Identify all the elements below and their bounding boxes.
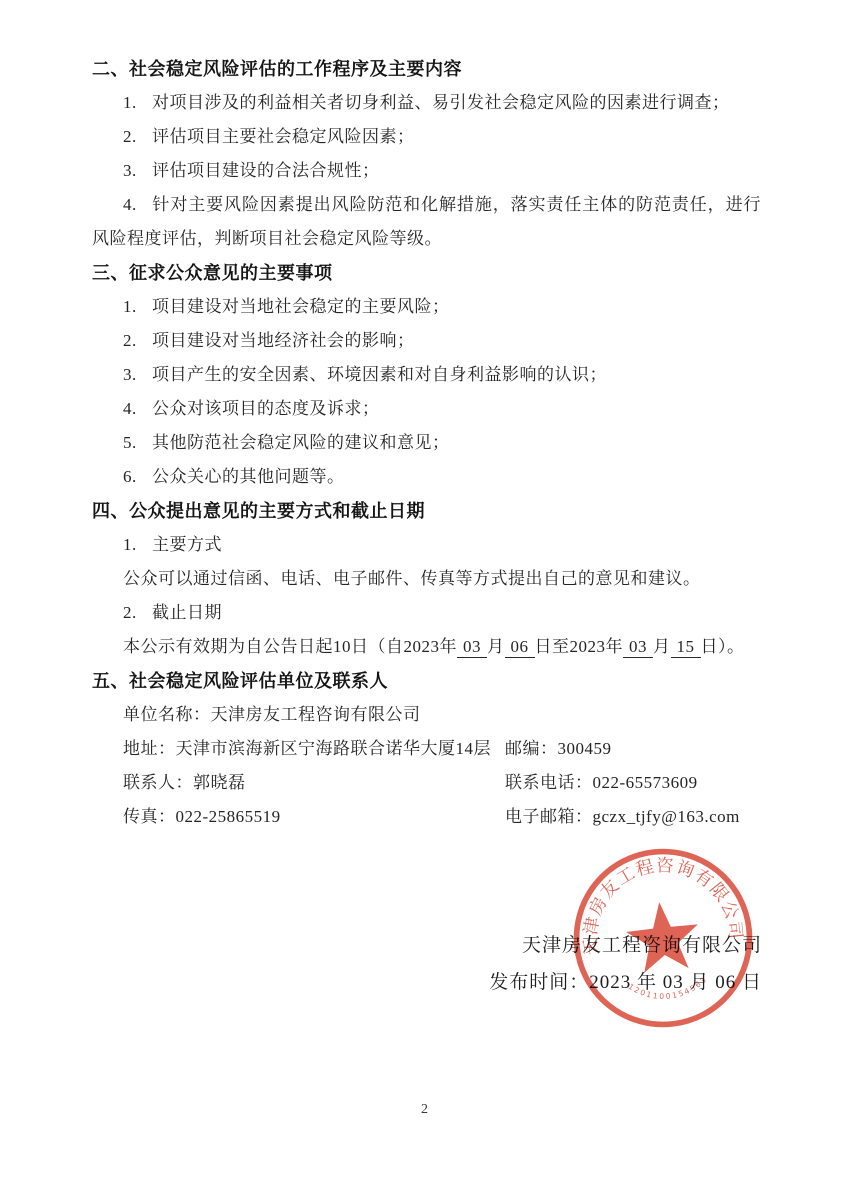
section-2-item-4: 4.针对主要风险因素提出风险防范和化解措施，落实责任主体的防范责任，进行风险程度… — [92, 188, 761, 256]
section-3-item-4: 4.公众对该项目的态度及诉求； — [92, 392, 761, 426]
item-text: 对项目涉及的利益相关者切身利益、易引发社会稳定风险的因素进行调查； — [152, 93, 730, 112]
document-page: 二、社会稳定风险评估的工作程序及主要内容 1.对项目涉及的利益相关者切身利益、易… — [0, 0, 849, 1200]
deadline-text: 日至2023年 — [535, 637, 624, 656]
contact-value: 022-65573609 — [593, 773, 698, 792]
section-2-item-1: 1.对项目涉及的利益相关者切身利益、易引发社会稳定风险的因素进行调查； — [92, 86, 761, 120]
deadline-line: 本公示有效期为自公告日起10日（自2023年03月06日至2023年03月15日… — [92, 630, 761, 664]
deadline-text: 月 — [487, 637, 505, 656]
item-text: 针对主要风险因素提出风险防范和化解措施，落实责任主体的防范责任，进行风险程度评估… — [92, 195, 761, 248]
deadline-month-1: 03 — [457, 637, 487, 658]
contact-row-fax-email: 传真：022-25865519 电子邮箱：gczx_tjfy@163.com — [92, 800, 761, 834]
item-text: 其他防范社会稳定风险的建议和意见； — [152, 433, 450, 452]
contact-left: 传真：022-25865519 — [92, 800, 505, 834]
item-number: 3. — [123, 154, 152, 188]
section-3-title: 三、征求公众意见的主要事项 — [92, 256, 761, 290]
contact-label: 邮编： — [505, 739, 558, 758]
item-text: 主要方式 — [152, 535, 222, 554]
page-number: 2 — [0, 1102, 849, 1118]
contact-left: 联系人：郭晓磊 — [92, 766, 505, 800]
item-number: 5. — [123, 426, 152, 460]
item-number: 1. — [123, 86, 152, 120]
deadline-day-1: 06 — [505, 637, 535, 658]
contact-label: 单位名称： — [123, 705, 211, 724]
item-text: 评估项目主要社会稳定风险因素； — [152, 127, 415, 146]
item-text: 项目建设对当地经济社会的影响； — [152, 331, 415, 350]
contact-value: 郭晓磊 — [193, 773, 246, 792]
deadline-text: 月 — [653, 637, 671, 656]
item-number: 2. — [123, 596, 152, 630]
deadline-month-2: 03 — [623, 637, 653, 658]
contact-label: 联系人： — [123, 773, 193, 792]
section-2-item-3: 3.评估项目建设的合法合规性； — [92, 154, 761, 188]
contact-right: 电子邮箱：gczx_tjfy@163.com — [505, 800, 761, 834]
contact-label: 电子邮箱： — [505, 807, 593, 826]
section-3-item-6: 6.公众关心的其他问题等。 — [92, 460, 761, 494]
deadline-text: 日）。 — [701, 637, 745, 656]
section-4-sub-1: 1.主要方式 — [92, 528, 761, 562]
item-text: 公众关心的其他问题等。 — [152, 467, 345, 486]
item-number: 3. — [123, 358, 152, 392]
item-text: 项目建设对当地社会稳定的主要风险； — [152, 297, 450, 316]
item-text: 项目产生的安全因素、环境因素和对自身利益影响的认识； — [152, 365, 607, 384]
deadline-text: 本公示有效期为自公告日起10日（自2023年 — [123, 637, 457, 656]
footer-publish-date: 发布时间：2023 年 03 月 06 日 — [489, 967, 762, 994]
contact-value: 022-25865519 — [176, 807, 281, 826]
contact-right: 联系电话：022-65573609 — [505, 766, 761, 800]
deadline-day-2: 15 — [671, 637, 701, 658]
item-number: 2. — [123, 120, 152, 154]
section-2-item-2: 2.评估项目主要社会稳定风险因素； — [92, 120, 761, 154]
contact-row-person: 联系人：郭晓磊 联系电话：022-65573609 — [92, 766, 761, 800]
section-4-title: 四、公众提出意见的主要方式和截止日期 — [92, 494, 761, 528]
contact-left: 单位名称：天津房友工程咨询有限公司 — [92, 698, 505, 732]
item-text: 公众对该项目的态度及诉求； — [152, 399, 380, 418]
section-2-title: 二、社会稳定风险评估的工作程序及主要内容 — [92, 52, 761, 86]
contact-left: 地址：天津市滨海新区宁海路联合诺华大厦14层 — [92, 732, 505, 766]
document-content: 二、社会稳定风险评估的工作程序及主要内容 1.对项目涉及的利益相关者切身利益、易… — [92, 52, 761, 834]
contact-value: 天津市滨海新区宁海路联合诺华大厦14层 — [176, 739, 492, 758]
item-number: 6. — [123, 460, 152, 494]
contact-row-name: 单位名称：天津房友工程咨询有限公司 — [92, 698, 761, 732]
contact-value: 天津房友工程咨询有限公司 — [211, 705, 421, 724]
section-4-paragraph: 公众可以通过信函、电话、电子邮件、传真等方式提出自己的意见和建议。 — [92, 562, 761, 596]
contact-label: 传真： — [123, 807, 176, 826]
item-number: 1. — [123, 528, 152, 562]
item-text: 截止日期 — [152, 603, 222, 622]
item-number: 4. — [123, 188, 152, 222]
contact-value: 300459 — [558, 739, 612, 758]
section-4-sub-2: 2.截止日期 — [92, 596, 761, 630]
item-number: 1. — [123, 290, 152, 324]
section-3-item-3: 3.项目产生的安全因素、环境因素和对自身利益影响的认识； — [92, 358, 761, 392]
section-3-item-1: 1.项目建设对当地社会稳定的主要风险； — [92, 290, 761, 324]
section-3-item-5: 5.其他防范社会稳定风险的建议和意见； — [92, 426, 761, 460]
item-number: 4. — [123, 392, 152, 426]
footer-company-name: 天津房友工程咨询有限公司 — [522, 930, 762, 957]
contact-label: 地址： — [123, 739, 176, 758]
item-number: 2. — [123, 324, 152, 358]
contact-value: gczx_tjfy@163.com — [593, 807, 740, 826]
section-3-item-2: 2.项目建设对当地经济社会的影响； — [92, 324, 761, 358]
contact-right: 邮编：300459 — [505, 732, 761, 766]
contact-row-address: 地址：天津市滨海新区宁海路联合诺华大厦14层 邮编：300459 — [92, 732, 761, 766]
contact-label: 联系电话： — [505, 773, 593, 792]
item-text: 评估项目建设的合法合规性； — [152, 161, 380, 180]
section-5-title: 五、社会稳定风险评估单位及联系人 — [92, 664, 761, 698]
